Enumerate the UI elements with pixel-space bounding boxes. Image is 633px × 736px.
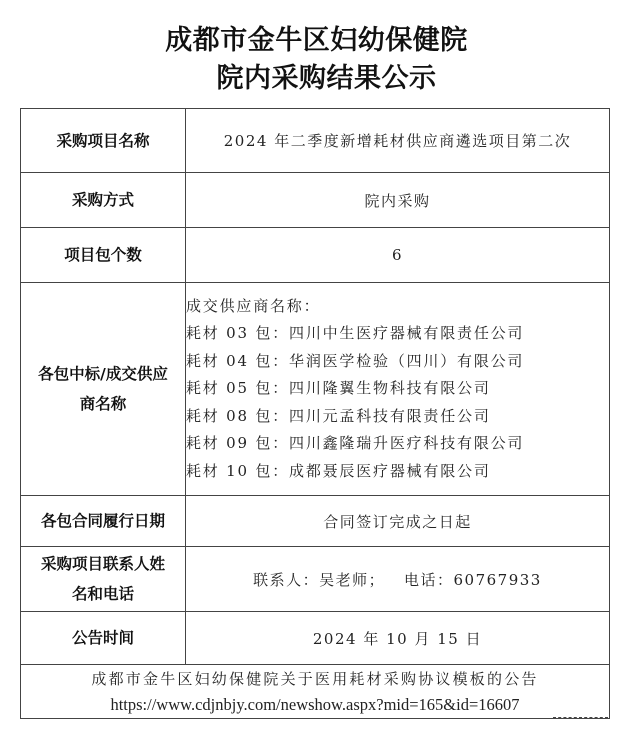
label-suppliers-line1: 各包中标/成交供应 [21, 359, 185, 389]
table-row-contact: 采购项目联系人姓 名和电话 联系人：吴老师； 电话：60767933 [21, 547, 610, 612]
table-row-procurement-method: 采购方式 院内采购 [21, 173, 610, 228]
value-announcement-date: 2024 年 10 月 15 日 [186, 612, 610, 665]
label-contact: 采购项目联系人姓 名和电话 [21, 547, 186, 612]
table-row-contract-date: 各包合同履行日期 合同签订完成之日起 [21, 496, 610, 547]
value-procurement-method: 院内采购 [186, 173, 610, 228]
supplier-item: 耗材 10 包：成都聂辰医疗器械有限公司 [186, 458, 609, 486]
value-package-count: 6 [186, 228, 610, 283]
supplier-item: 耗材 04 包：华润医学检验（四川）有限公司 [186, 348, 609, 376]
dashed-border-mark [553, 717, 608, 718]
label-suppliers: 各包中标/成交供应 商名称 [21, 283, 186, 496]
footer-cell: 成都市金牛区妇幼保健院关于医用耗材采购协议模板的公告 https://www.c… [21, 665, 610, 719]
suppliers-intro: 成交供应商名称： [186, 293, 609, 321]
label-contact-line1: 采购项目联系人姓 [21, 549, 185, 579]
supplier-item: 耗材 05 包：四川隆翼生物科技有限公司 [186, 375, 609, 403]
document-title-line1: 成都市金牛区妇幼保健院 [0, 18, 633, 57]
label-contract-date: 各包合同履行日期 [21, 496, 186, 547]
table-row-project-name: 采购项目名称 2024 年二季度新增耗材供应商遴选项目第二次 [21, 109, 610, 173]
value-contract-date: 合同签订完成之日起 [186, 496, 610, 547]
label-project-name: 采购项目名称 [21, 109, 186, 173]
table-row-announcement-date: 公告时间 2024 年 10 月 15 日 [21, 612, 610, 665]
supplier-item: 耗材 08 包：四川元孟科技有限责任公司 [186, 403, 609, 431]
footer-announcement-url[interactable]: https://www.cdjnbjy.com/newshow.aspx?mid… [21, 692, 609, 718]
footer-announcement-title: 成都市金牛区妇幼保健院关于医用耗材采购协议模板的公告 [21, 666, 609, 692]
value-suppliers: 成交供应商名称： 耗材 03 包：四川中生医疗器械有限责任公司 耗材 04 包：… [186, 283, 610, 496]
table-row-suppliers: 各包中标/成交供应 商名称 成交供应商名称： 耗材 03 包：四川中生医疗器械有… [21, 283, 610, 496]
supplier-item: 耗材 03 包：四川中生医疗器械有限责任公司 [186, 320, 609, 348]
label-contact-line2: 名和电话 [21, 579, 185, 609]
label-suppliers-line2: 商名称 [21, 389, 185, 419]
procurement-result-table: 采购项目名称 2024 年二季度新增耗材供应商遴选项目第二次 采购方式 院内采购… [20, 108, 610, 719]
supplier-item: 耗材 09 包：四川鑫隆瑞升医疗科技有限公司 [186, 430, 609, 458]
table-row-footer: 成都市金牛区妇幼保健院关于医用耗材采购协议模板的公告 https://www.c… [21, 665, 610, 719]
document-title-line2: 院内采购结果公示 [10, 56, 633, 95]
label-announcement-date: 公告时间 [21, 612, 186, 665]
table-row-package-count: 项目包个数 6 [21, 228, 610, 283]
label-procurement-method: 采购方式 [21, 173, 186, 228]
label-package-count: 项目包个数 [21, 228, 186, 283]
value-contact: 联系人：吴老师； 电话：60767933 [186, 547, 610, 612]
value-project-name: 2024 年二季度新增耗材供应商遴选项目第二次 [186, 109, 610, 173]
